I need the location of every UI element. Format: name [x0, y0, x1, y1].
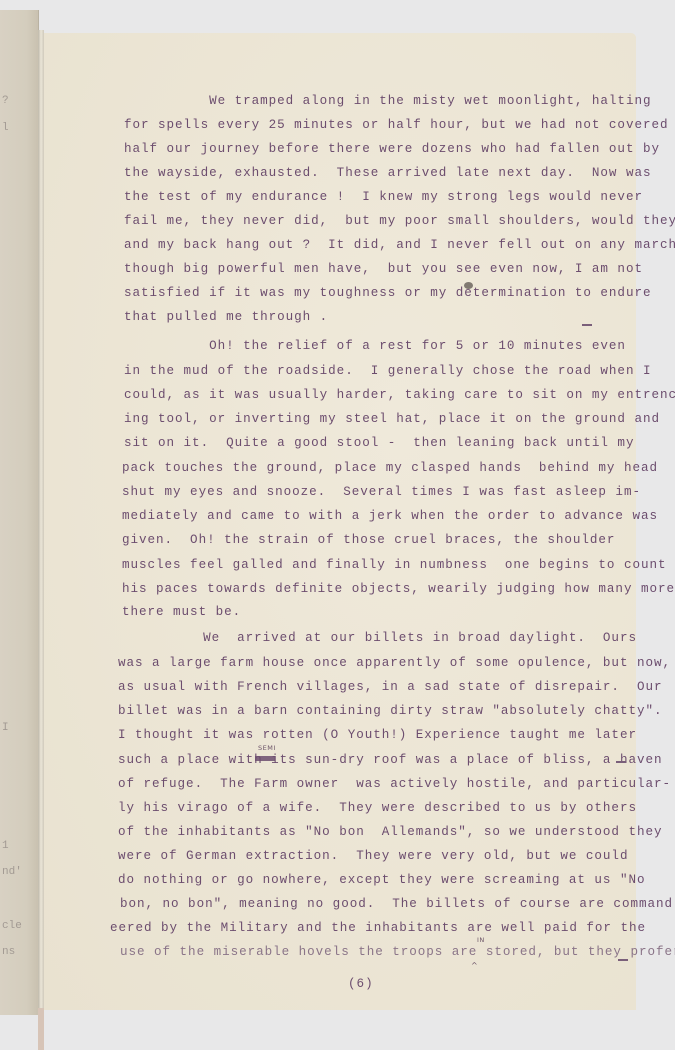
insertion-caret: ^ — [471, 961, 478, 970]
underlying-margin-mark: l — [2, 122, 9, 134]
text-line: We tramped along in the misty wet moonli… — [124, 94, 651, 108]
text-line: the wayside, exhausted. These arrived la… — [124, 166, 651, 180]
text-line: such a place with its sun-dry roof was a… — [118, 753, 662, 767]
text-line: eered by the Military and the inhabitant… — [110, 921, 646, 935]
text-line: could, as it was usually harder, taking … — [124, 388, 675, 402]
text-line: use of the miserable hovels the troops a… — [120, 945, 675, 959]
text-line: that pulled me through . — [124, 310, 328, 324]
text-line: his paces towards definite objects, wear… — [122, 582, 675, 596]
text-line: fail me, they never did, but my poor sma… — [124, 214, 675, 228]
strikethrough-mark — [255, 756, 275, 761]
margin-dash-mark — [616, 761, 626, 763]
underlying-margin-mark: 1 — [2, 840, 9, 852]
text-line: do nothing or go nowhere, except they we… — [118, 873, 645, 887]
handwritten-insert-semi: SEMI — [258, 744, 276, 752]
text-line: there must be. — [122, 605, 241, 619]
text-line: I thought it was rotten (O Youth!) Exper… — [118, 728, 637, 742]
underlying-page: ? l I 1 nd' cle ns — [0, 10, 39, 1015]
text-line: in the mud of the roadside. I generally … — [124, 364, 651, 378]
text-line: We arrived at our billets in broad dayli… — [118, 631, 637, 645]
text-line: half our journey before there were dozen… — [124, 142, 660, 156]
typewritten-page: We tramped along in the misty wet moonli… — [44, 33, 636, 1010]
text-line: ing tool, or inverting my steel hat, pla… — [124, 412, 660, 426]
binding-strip — [38, 1008, 44, 1050]
text-line: though big powerful men have, but you se… — [124, 262, 643, 276]
underlying-margin-mark: I — [2, 722, 9, 734]
text-line: satisfied if it was my toughness or my d… — [124, 286, 651, 300]
text-line: ly his virago of a wife. They were descr… — [118, 801, 637, 815]
handwritten-insert-in: IN — [477, 936, 485, 944]
underlying-margin-mark: ? — [2, 95, 9, 107]
text-line: pack touches the ground, place my claspe… — [122, 461, 658, 475]
text-line: for spells every 25 minutes or half hour… — [124, 118, 668, 132]
text-line: shut my eyes and snooze. Several times I… — [122, 485, 641, 499]
text-line: of refuge. The Farm owner was actively h… — [118, 777, 671, 791]
text-line: sit on it. Quite a good stool - then lea… — [124, 436, 634, 450]
text-line: of the inhabitants as "No bon Allemands"… — [118, 825, 662, 839]
margin-dash-mark — [618, 959, 628, 961]
underlying-margin-mark: ns — [2, 946, 15, 958]
ink-blot — [464, 282, 473, 289]
text-line: and my back hang out ? It did, and I nev… — [124, 238, 675, 252]
text-line: were of German extraction. They were ver… — [118, 849, 628, 863]
margin-dash-mark — [582, 324, 592, 326]
text-line: the test of my endurance ! I knew my str… — [124, 190, 643, 204]
text-line: given. Oh! the strain of those cruel bra… — [122, 533, 615, 547]
text-line: bon, no bon", meaning no good. The bille… — [120, 897, 675, 911]
text-line: mediately and came to with a jerk when t… — [122, 509, 658, 523]
text-line: muscles feel galled and finally in numbn… — [122, 558, 666, 572]
text-line: billet was in a barn containing dirty st… — [118, 704, 662, 718]
underlying-margin-mark: nd' — [2, 866, 22, 878]
text-line: as usual with French villages, in a sad … — [118, 680, 662, 694]
text-line: Oh! the relief of a rest for 5 or 10 min… — [124, 339, 626, 353]
text-line: was a large farm house once apparently o… — [118, 656, 671, 670]
underlying-margin-mark: cle — [2, 920, 22, 932]
page-number: (6) — [348, 977, 374, 991]
